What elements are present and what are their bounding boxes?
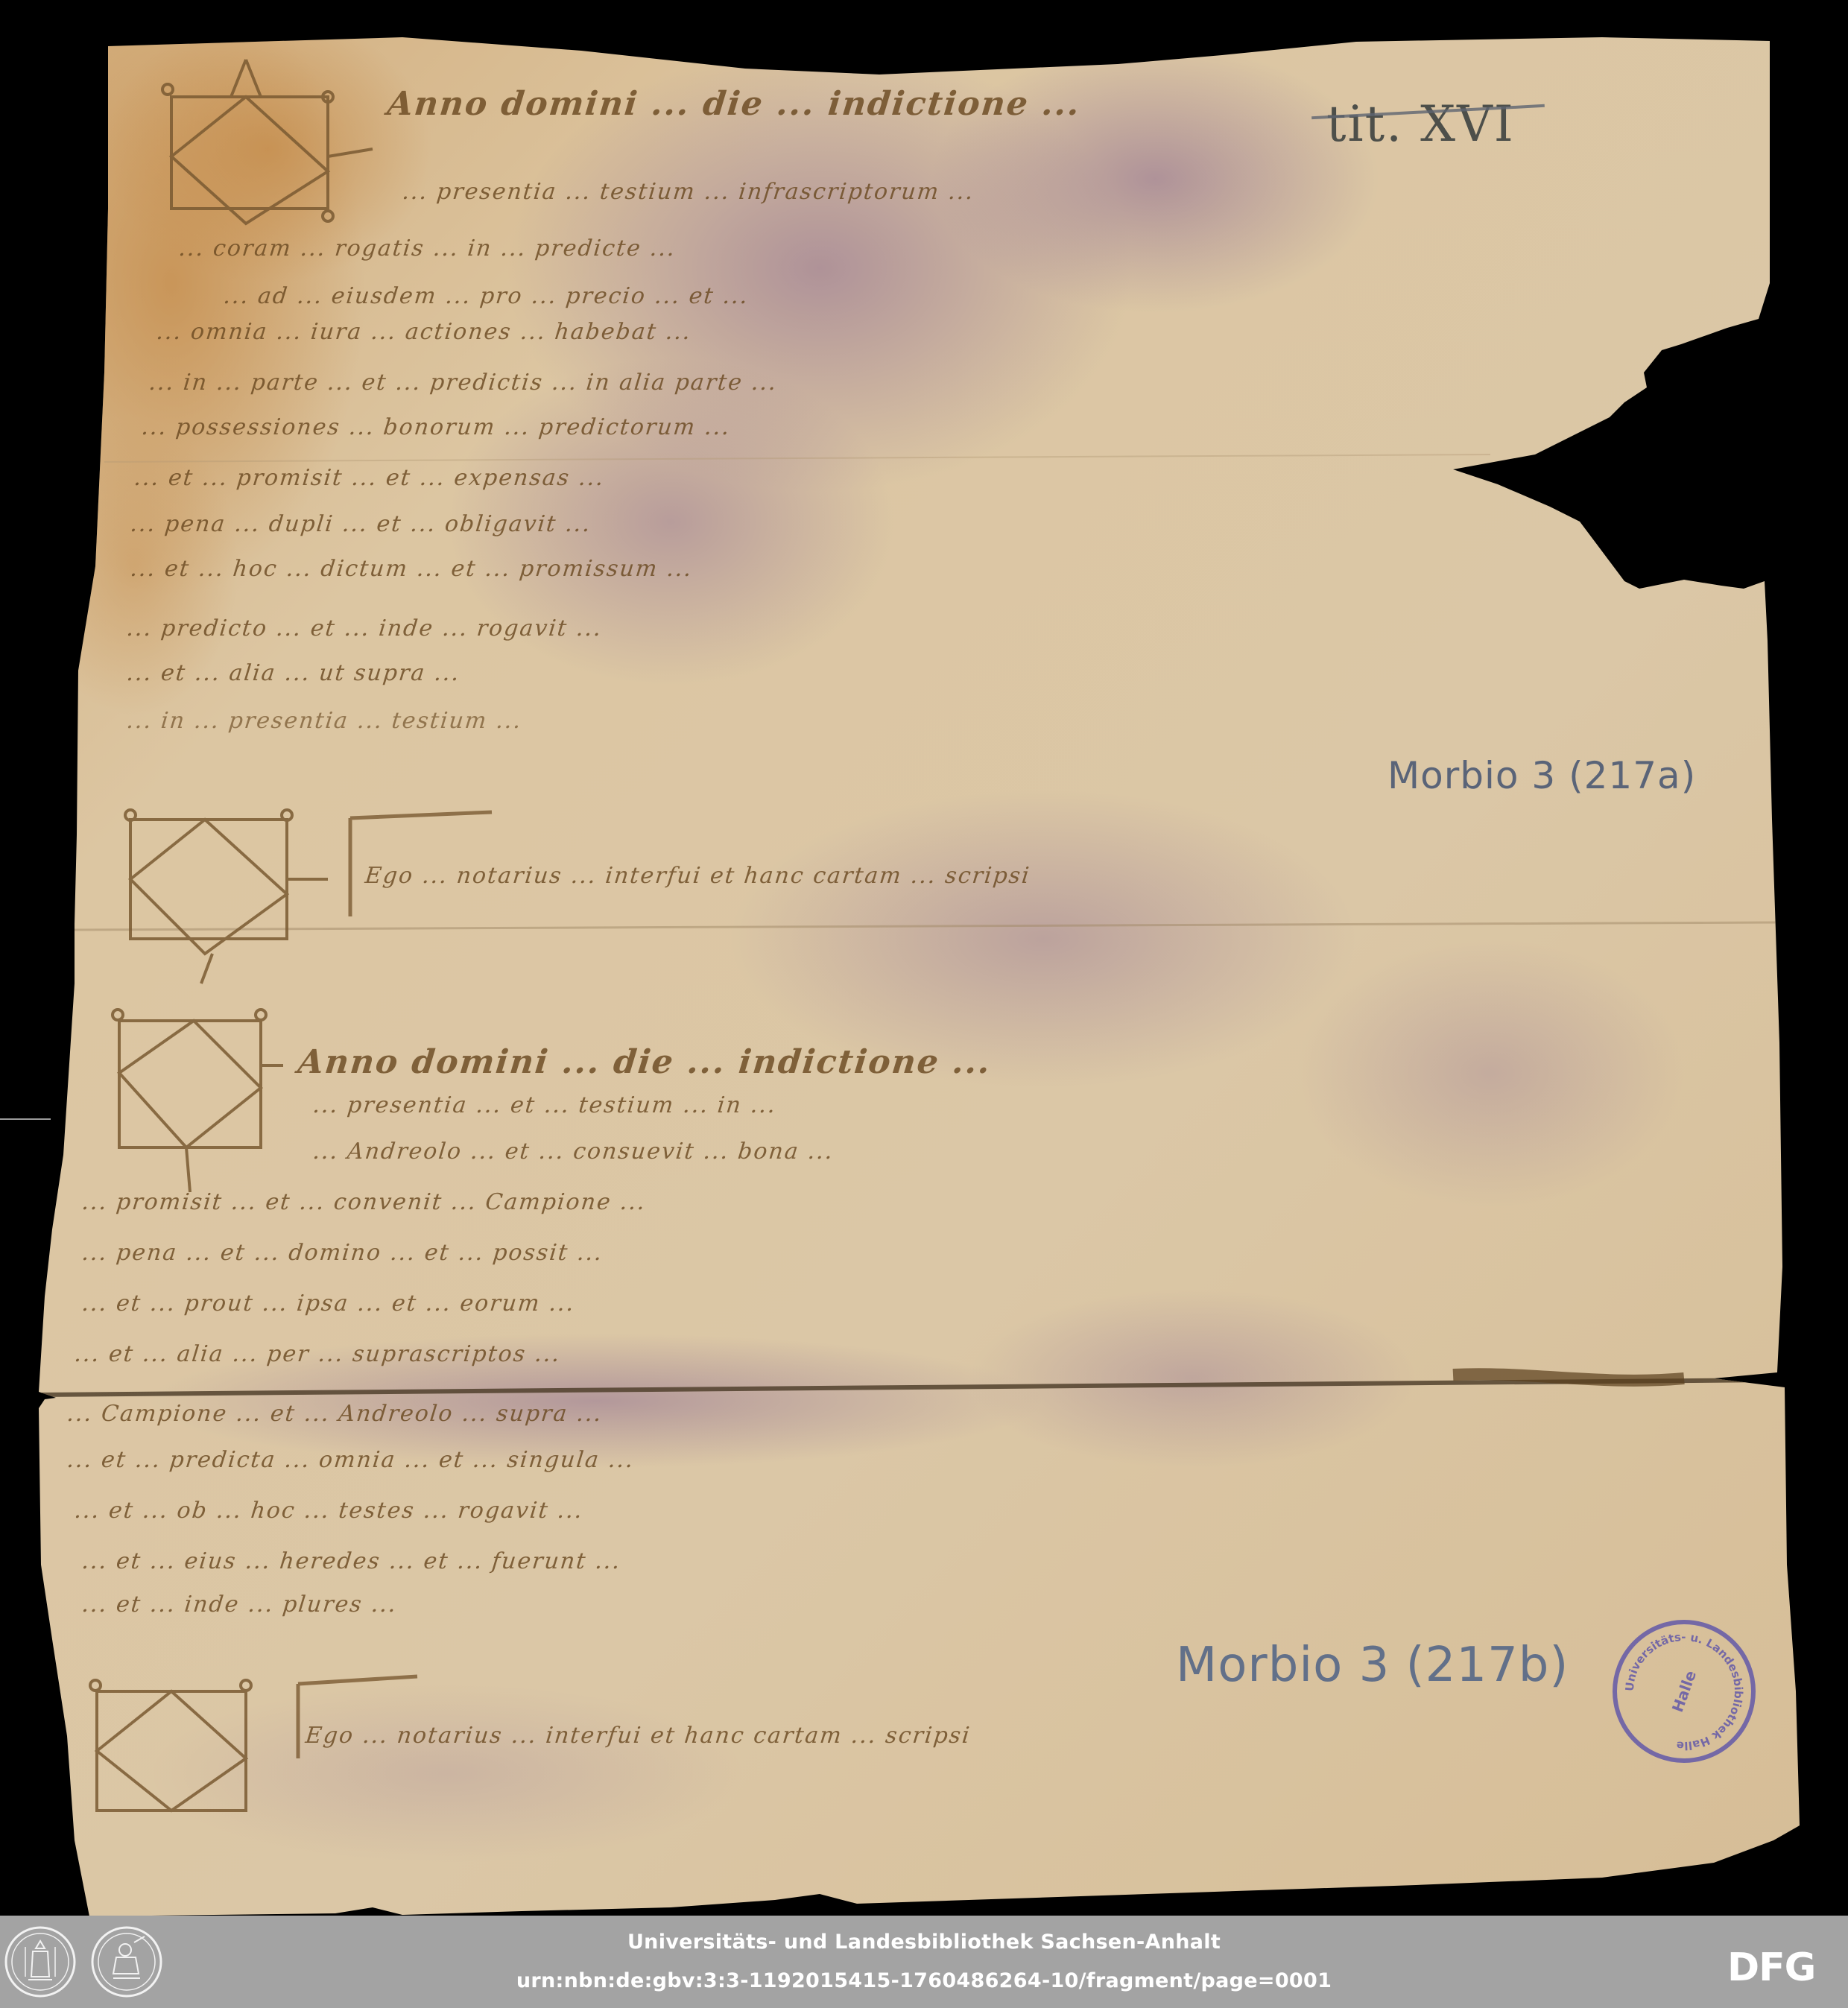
manuscript-line: ... Andreolo ... et ... consuevit ... bo… [311,1138,835,1165]
manuscript-line: ... omnia ... iura ... actiones ... habe… [155,319,693,345]
manuscript-line: ... coram ... rogatis ... in ... predict… [177,235,677,262]
viewer-guide-line [0,1118,51,1120]
notary-subscription: Ego ... notarius ... interfui et hanc ca… [304,1723,972,1749]
urn-identifier: urn:nbn:de:gbv:3:3-1192015415-1760486264… [0,1969,1848,1992]
manuscript-line: ... et ... eius ... heredes ... et ... f… [80,1548,622,1574]
manuscript-line: ... et ... ob ... hoc ... testes ... rog… [73,1498,584,1524]
footer-bar: Universitäts- und Landesbibliothek Sachs… [0,1916,1848,2008]
image-viewer: Anno domini ... die ... indictione ... .… [0,0,1848,1916]
manuscript-line: ... et ... hoc ... dictum ... et ... pro… [129,556,694,582]
manuscript-line: ... presentia ... et ... testium ... in … [311,1092,778,1118]
manuscript-line: ... predicto ... et ... inde ... rogavit… [125,615,604,642]
institution-name: Universitäts- und Landesbibliothek Sachs… [0,1931,1848,1954]
manuscript-line: ... et ... alia ... ut supra ... [125,660,461,686]
manuscript-line: Anno domini ... die ... indictione ... [296,1043,993,1081]
manuscript-line: ... Campione ... et ... Andreolo ... sup… [66,1401,604,1427]
shelfmark-annotation: Morbio 3 (217b) [1176,1638,1569,1693]
notary-subscription: Ego ... notarius ... interfui et hanc ca… [364,863,1031,889]
manuscript-line: ... in ... presentia ... testium ... [125,708,523,734]
manuscript-line: ... promisit ... et ... convenit ... Cam… [80,1189,648,1215]
manuscript-line: ... et ... predicta ... omnia ... et ...… [66,1447,636,1473]
manuscript-line: ... presentia ... testium ... infrascrip… [401,179,975,205]
manuscript-line: ... possessiones ... bonorum ... predict… [140,414,732,440]
manuscript-line: ... pena ... dupli ... et ... obligavit … [129,511,592,537]
manuscript-line: ... ad ... eiusdem ... pro ... precio ..… [222,283,750,309]
manuscript-line: ... in ... parte ... et ... predictis ..… [148,370,779,396]
manuscript-line: ... pena ... et ... domino ... et ... po… [80,1240,604,1266]
shelfmark-annotation: Morbio 3 (217a) [1387,754,1696,797]
manuscript-line: ... et ... prout ... ipsa ... et ... eor… [80,1290,576,1317]
library-stamp: Universitäts- u. Landesbibliothek Halle … [1613,1620,1756,1763]
archival-numeral: tit. XVI [1326,95,1515,153]
dfg-logo: DFG [1727,1948,1815,1987]
manuscript-line: ... et ... alia ... per ... suprascripto… [73,1341,562,1367]
manuscript-line: Anno domini ... die ... indictione ... [385,85,1083,123]
manuscript-line: ... et ... inde ... plures ... [80,1591,399,1618]
manuscript-line: ... et ... promisit ... et ... expensas … [133,465,606,491]
